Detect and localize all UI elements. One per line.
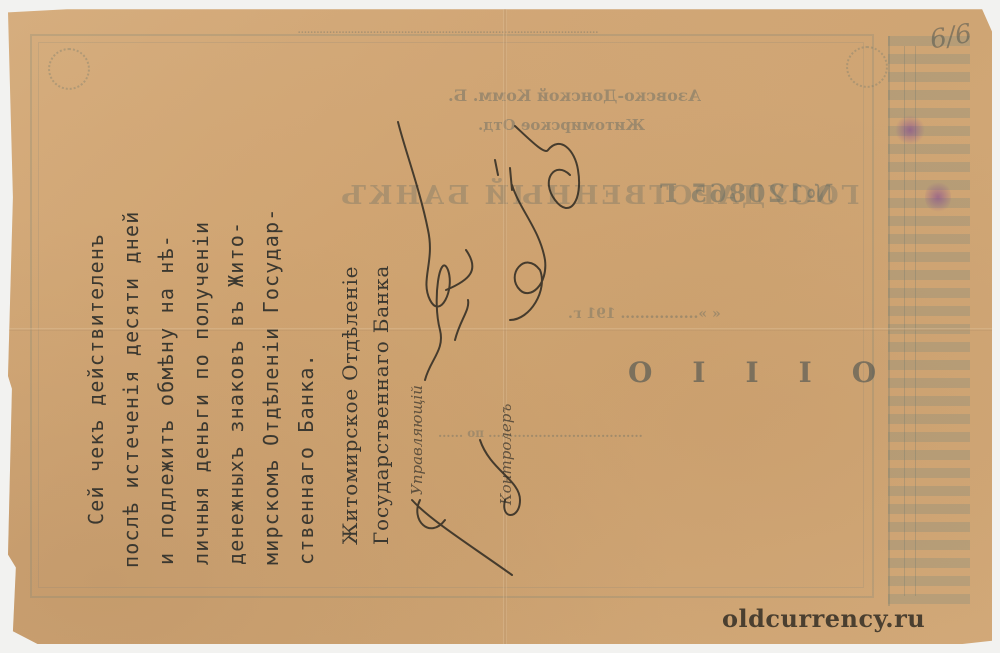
watermark-text: oldcurrency.ru <box>722 604 925 633</box>
bleed-through-serial: №120865 Г <box>658 179 834 208</box>
manager-label: Управляющій <box>408 385 426 495</box>
bleed-through-amount: ОIIIО <box>588 356 876 389</box>
bank-name-line-1: Житомирское Отдѣленіе <box>338 266 362 545</box>
bleed-through-pay-line: ..................................... по… <box>438 426 643 440</box>
text-line-7: ственнаго Банка. <box>294 353 318 565</box>
text-line-2: послѣ истеченія десяти дней <box>119 210 143 568</box>
bank-name-line-2: Государственнаго Банка <box>369 265 393 545</box>
rosette-icon <box>846 46 888 88</box>
bleed-through-date-line: « »................ 191 г. <box>568 306 721 322</box>
bleed-through-top-line: ........................................… <box>68 26 828 36</box>
fold-crease-vertical <box>503 6 507 644</box>
scan-page: ........................................… <box>0 0 1000 653</box>
controller-label: Контролеръ <box>497 404 515 505</box>
text-line-1: Сей чекъ действителенъ <box>84 234 108 525</box>
text-line-5: денежныхъ знаковъ въ Жито- <box>224 221 248 565</box>
text-line-4: личныя деньги по полученіи <box>189 221 213 565</box>
stamp-mark <box>895 115 925 145</box>
text-line-3: и подлежитъ обмѣну на нѣ- <box>154 234 178 565</box>
rosette-icon <box>48 48 90 90</box>
bleed-through-header: Азовско-Донской Комм. Б. <box>448 86 701 105</box>
stamp-mark <box>925 180 951 214</box>
text-line-6: мирскомъ Отдѣленіи Государ- <box>259 207 283 565</box>
